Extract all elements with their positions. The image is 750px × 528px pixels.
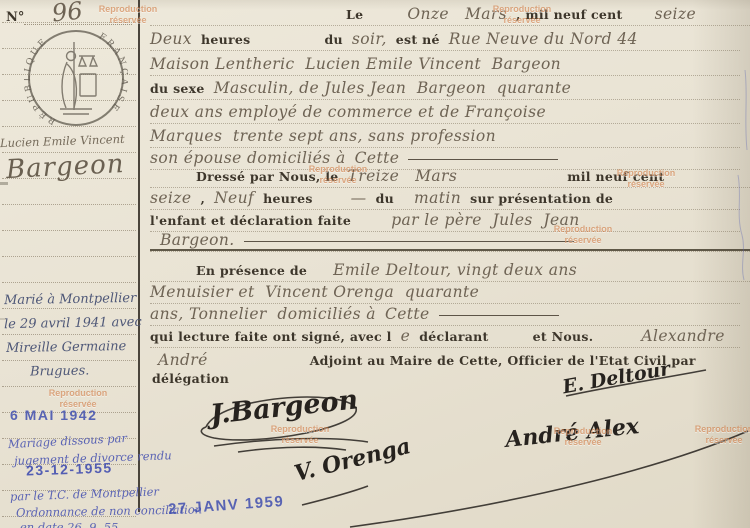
dotted-fill-gap (259, 43, 315, 44)
svg-text:FRANÇAISE: FRANÇAISE (97, 32, 128, 114)
form-line: ans, Tonnelier domiciliés àCette (150, 306, 748, 323)
date-stamp-1959: 27 JANV 1959 (168, 493, 285, 518)
marriage-note-line: Brugues. (30, 363, 90, 379)
dotted-fill-gap (322, 202, 342, 203)
handwritten-text: par le père Jules Jean (391, 212, 579, 229)
handwritten-text: Deux (150, 31, 192, 48)
handwritten-text: Alexandre (641, 328, 724, 345)
signature-andre-alexandre: André Alex (504, 413, 640, 453)
marriage-note-line: Marié à Montpellier (4, 291, 137, 308)
printed-text: délégation (152, 372, 229, 386)
birth-certificate-scan: N° 96 RÉPUBLIQUE FRANÇAISE Lucien Emile … (0, 0, 750, 528)
margin-family-name: Bargeon (5, 149, 125, 185)
form-line: deux ans employé de commerce et de Franç… (150, 104, 748, 121)
watermark-line1: Reproduction (271, 424, 330, 434)
copyright-watermark: Reproductionréservée (260, 424, 340, 447)
ink-rule-line (244, 241, 574, 243)
watermark-line1: Reproduction (49, 388, 108, 398)
dotted-rule-line (2, 360, 136, 361)
form-line: seize,Neufheures—dumatinsur présentation… (150, 190, 748, 207)
form-line: LeOnze Mars, mil neuf centseize (150, 6, 750, 23)
handwritten-text: Emile Deltour, vingt deux ans (333, 262, 577, 279)
printed-text: du (324, 33, 342, 47)
dotted-fill-gap (498, 340, 524, 341)
handwritten-text: Onze Mars (407, 6, 507, 23)
dotted-rule-line (2, 256, 136, 257)
seal-figure-justice (60, 42, 97, 114)
dotted-rule-line (2, 334, 136, 335)
printed-text: déclarant (419, 330, 488, 344)
printed-text: et Nous. (533, 330, 594, 344)
form-line: Marques trente sept ans, sans profession (150, 128, 748, 145)
form-line: qui lecture faite ont signé, avec ledécl… (150, 328, 748, 345)
date-stamp-1942: 6 MAI 1942 (10, 407, 97, 423)
handwritten-text: e (401, 328, 411, 345)
form-line: Menuisier et Vincent Orenga quarante (150, 284, 748, 301)
printed-text: qui lecture faite ont signé, avec l (150, 330, 392, 344)
dotted-rule-line (2, 230, 136, 231)
margin-child-forenames: Lucien Emile Vincent (0, 132, 125, 150)
form-line: Dressé par Nous, leTreize Marsmil neuf c… (150, 168, 750, 185)
handwritten-text: Marques trente sept ans, sans profession (150, 128, 496, 145)
marriage-note-line: Mireille Germaine (6, 339, 127, 356)
number-label: N° (6, 10, 24, 25)
printed-text: sur présentation de (470, 192, 613, 206)
handwritten-text: Cette (355, 150, 400, 167)
svg-text:RÉPUBLIQUE: RÉPUBLIQUE (24, 36, 58, 126)
handwritten-text: ans, Tonnelier domiciliés à (150, 306, 376, 323)
form-line: l'enfant et déclaration faitepar le père… (150, 212, 748, 229)
printed-text: Le (346, 8, 363, 22)
edge-smudge (0, 318, 6, 320)
handwritten-text: Masculin, de Jules Jean Bargeon quarante (214, 80, 571, 97)
printed-text: mil neuf cent (567, 170, 664, 184)
divorce-note-line: par le T.C. de Montpellier (10, 484, 159, 503)
form-line: En présence deEmile Deltour, vingt deux … (150, 262, 750, 279)
printed-text: du sexe (150, 82, 205, 96)
handwritten-text: seize (150, 190, 191, 207)
printed-text: , (200, 192, 205, 206)
dotted-rule-line (2, 386, 136, 387)
handwritten-text: Menuisier et Vincent Orenga quarante (150, 284, 479, 301)
date-stamp-divorce: 23-12-1955 (26, 459, 113, 478)
divorce-note-line: en date 26. 9. 55 (20, 520, 118, 528)
ink-rule-line (439, 315, 559, 317)
handwritten-text: Cette (385, 306, 430, 323)
handwritten-text: Maison Lentheric Lucien Emile Vincent Ba… (150, 56, 561, 73)
watermark-line2: réservée (281, 435, 318, 445)
handwritten-text: matin (414, 190, 461, 207)
printed-text: du (376, 192, 394, 206)
form-line: Bargeon. (150, 232, 750, 249)
signature-orenga: V. Orenga (292, 433, 414, 487)
dotted-rule-line (2, 204, 136, 205)
form-line: Deuxheuresdusoir,est néRue Neuve du Nord… (150, 31, 748, 48)
dotted-fill-gap (466, 180, 558, 181)
handwritten-text: Rue Neuve du Nord 44 (449, 31, 638, 48)
dotted-fill-gap (632, 18, 646, 19)
dotted-fill-gap (372, 18, 398, 19)
handwritten-text: André (158, 352, 208, 369)
printed-text: l'enfant et déclaration faite (150, 214, 351, 228)
dotted-fill-gap (316, 274, 324, 275)
handwritten-text: soir, (352, 31, 387, 48)
dotted-rule-line (2, 308, 136, 309)
printed-text: En présence de (196, 264, 307, 278)
form-line: du sexeMasculin, de Jules Jean Bargeon q… (150, 80, 748, 97)
margin-divider-rule (138, 0, 140, 512)
divorce-note-line: Mariage dissous par (8, 431, 128, 451)
handwritten-text: seize (655, 6, 696, 23)
dotted-fill-gap (403, 202, 405, 203)
edge-smudge (0, 182, 8, 185)
dotted-fill-gap (602, 340, 632, 341)
handwritten-text: Treize Mars (348, 168, 458, 185)
printed-text: Dressé par Nous, le (196, 170, 339, 184)
signature-bargeon: J.Bargeon (209, 384, 360, 430)
handwritten-text: Neuf (214, 190, 254, 207)
printed-text: heures (263, 192, 313, 206)
handwritten-text: — (351, 190, 367, 207)
dotted-fill-gap (360, 224, 382, 225)
printed-text: , mil neuf cent (516, 8, 623, 22)
section-divider-rule (150, 249, 750, 251)
printed-text: heures (201, 33, 251, 47)
dotted-fill-gap (217, 364, 301, 365)
handwritten-text: deux ans employé de commerce et de Franç… (150, 104, 546, 121)
seal-text-left: RÉPUBLIQUE (24, 36, 58, 126)
printed-text: est né (396, 33, 440, 47)
act-number: 96 (51, 0, 84, 28)
handwritten-text: Bargeon. (160, 232, 235, 249)
form-line: Maison Lentheric Lucien Emile Vincent Ba… (150, 56, 748, 73)
marriage-note-line: le 29 avril 1941 avec (4, 315, 142, 332)
seal-text-right: FRANÇAISE (97, 32, 128, 114)
form-line: son épouse domiciliés àCette (150, 150, 748, 167)
republique-francaise-seal: RÉPUBLIQUE FRANÇAISE (24, 26, 128, 130)
dotted-rule-line (2, 282, 136, 283)
ink-rule-line (408, 159, 558, 161)
handwritten-text: son épouse domiciliés à (150, 150, 346, 167)
